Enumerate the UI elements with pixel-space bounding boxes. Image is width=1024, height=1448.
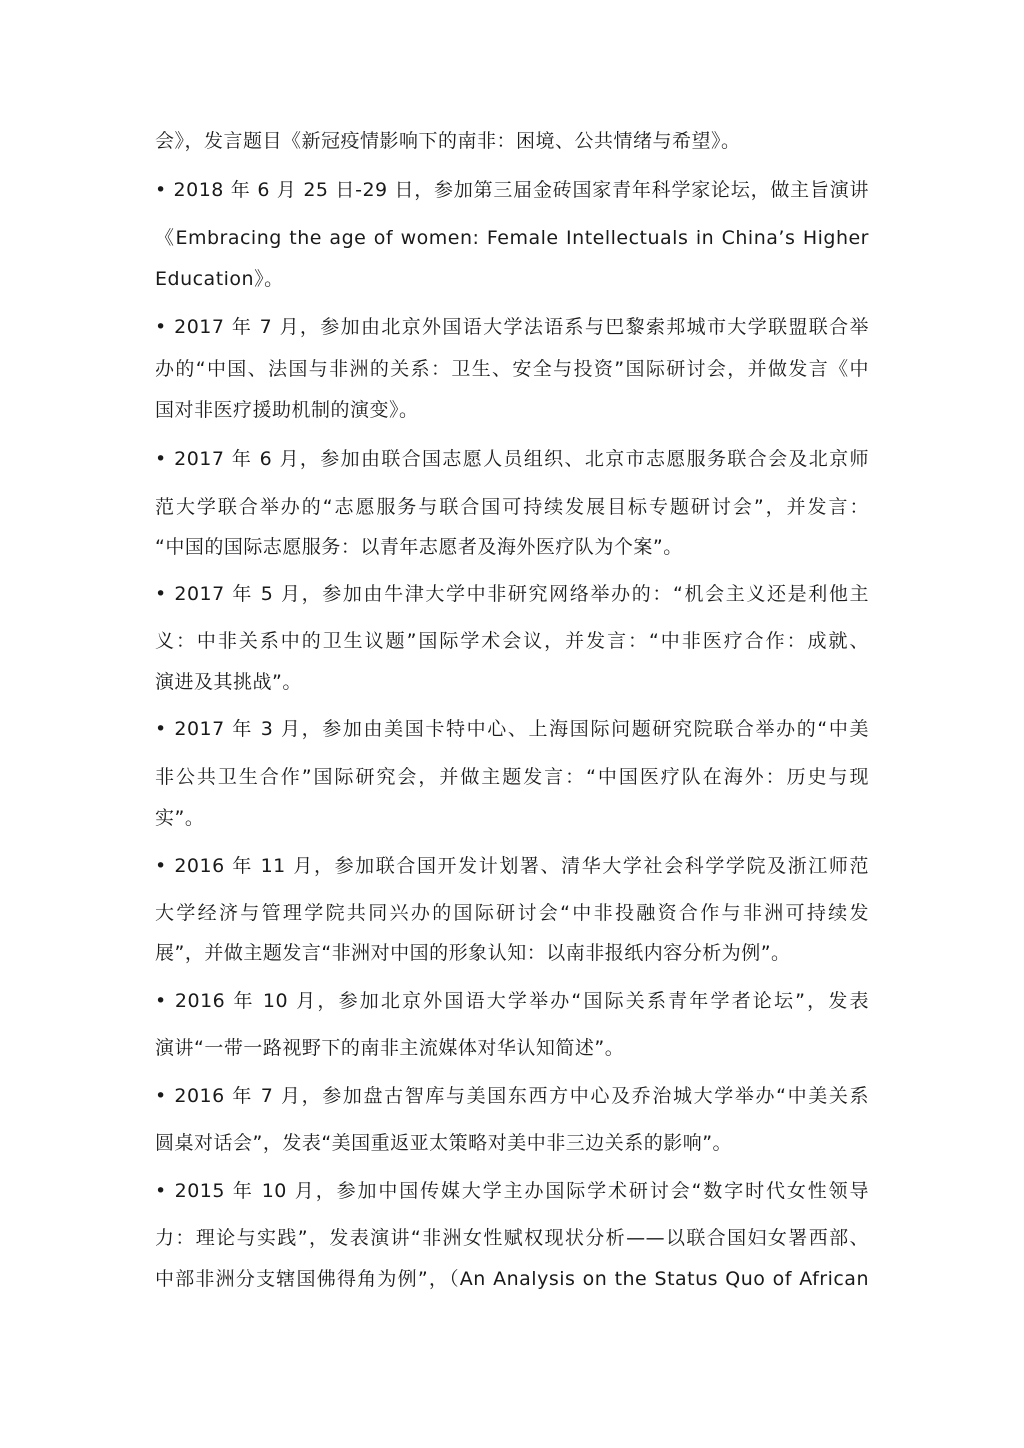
text-line: Education》。 xyxy=(155,266,284,292)
text-line: 展”，并做主题发言“非洲对中国的形象认知：以南非报纸内容分析为例”。 xyxy=(155,940,791,966)
text-line: 义：中非关系中的卫生议题”国际学术会议，并发言：“中非医疗合作：成就、 xyxy=(155,628,869,654)
text-line: • 2016 年 10 月，参加北京外国语大学举办“国际关系青年学者论坛”，发表 xyxy=(155,988,869,1014)
text-line: 力：理论与实践”，发表演讲“非洲女性赋权现状分析——以联合国妇女署西部、 xyxy=(155,1225,869,1251)
text-line: 演进及其挑战”。 xyxy=(155,669,302,695)
text-line: 办的“中国、法国与非洲的关系：卫生、安全与投资”国际研讨会，并做发言《中 xyxy=(155,356,869,382)
text-line: • 2017 年 7 月，参加由北京外国语大学法语系与巴黎索邦城市大学联盟联合举 xyxy=(155,314,869,340)
text-line: 大学经济与管理学院共同兴办的国际研讨会“中非投融资合作与非洲可持续发 xyxy=(155,900,869,926)
text-line: 中部非洲分支辖国佛得角为例”，（An Analysis on the Statu… xyxy=(155,1266,869,1292)
text-line: • 2015 年 10 月，参加中国传媒大学主办国际学术研讨会“数字时代女性领导 xyxy=(155,1178,869,1204)
text-line: 《Embracing the age of women: Female Inte… xyxy=(155,225,869,251)
text-line: 非公共卫生合作”国际研究会，并做主题发言：“中国医疗队在海外：历史与现 xyxy=(155,764,869,790)
text-line: • 2016 年 7 月，参加盘古智库与美国东西方中心及乔治城大学举办“中美关系 xyxy=(155,1083,869,1109)
text-line: 演讲“一带一路视野下的南非主流媒体对华认知简述”。 xyxy=(155,1035,624,1061)
text-line: • 2018 年 6 月 25 日-29 日，参加第三届金砖国家青年科学家论坛，… xyxy=(155,177,869,203)
text-line: • 2017 年 5 月，参加由牛津大学中非研究网络举办的：“机会主义还是利他主 xyxy=(155,581,869,607)
text-line: 会》，发言题目《新冠疫情影响下的南非：困境、公共情绪与希望》。 xyxy=(155,128,741,154)
text-line: • 2017 年 3 月，参加由美国卡特中心、上海国际问题研究院联合举办的“中美 xyxy=(155,716,869,742)
text-line: • 2016 年 11 月，参加联合国开发计划署、清华大学社会科学学院及浙江师范 xyxy=(155,853,869,879)
text-line: 实”。 xyxy=(155,805,204,831)
text-line: 国对非医疗援助机制的演变》。 xyxy=(155,397,419,423)
text-line: 范大学联合举办的“志愿服务与联合国可持续发展目标专题研讨会”，并发言： xyxy=(155,494,869,520)
text-line: 圆桌对话会”，发表“美国重返亚太策略对美中非三边关系的影响”。 xyxy=(155,1130,732,1156)
text-line: • 2017 年 6 月，参加由联合国志愿人员组织、北京市志愿服务联合会及北京师 xyxy=(155,446,869,472)
text-line: “中国的国际志愿服务：以青年志愿者及海外医疗队为个案”。 xyxy=(155,534,683,560)
